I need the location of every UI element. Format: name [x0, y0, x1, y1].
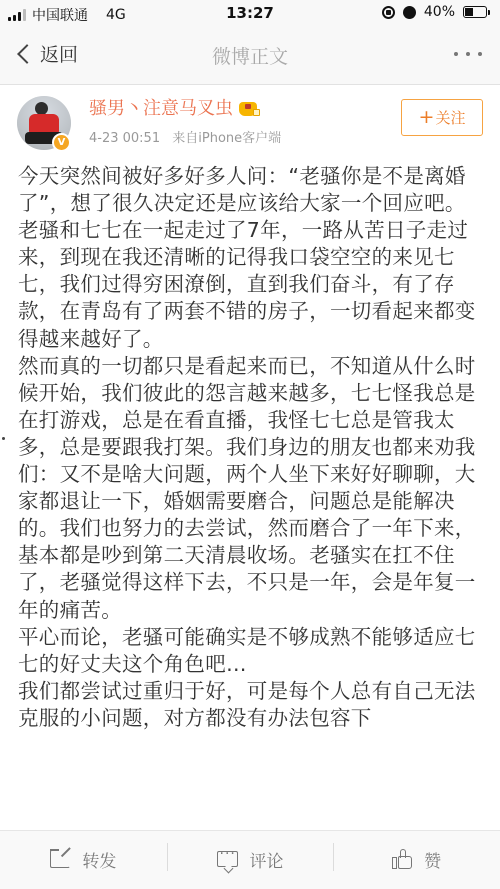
comment-icon — [217, 851, 238, 867]
follow-label: 关注 — [435, 107, 465, 128]
comment-label: 评论 — [250, 847, 284, 872]
like-icon — [392, 849, 412, 869]
avatar-figure-shirt — [29, 114, 59, 134]
author-name-text: 骚男丶注意马叉虫 — [89, 94, 233, 120]
crown-member-icon — [239, 98, 259, 116]
repost-icon — [50, 850, 70, 868]
author-name[interactable]: 骚男丶注意马叉虫 — [89, 94, 259, 120]
post-paragraph: 今天突然间被好多好多人问：“老骚你是不是离婚了”，想了很久决定还是应该给大家一个… — [18, 163, 484, 217]
status-bar: 中国联通 4G 13:27 40% — [0, 0, 500, 28]
post-meta: 4-23 00:51 来自iPhone客户端 — [89, 127, 281, 146]
plus-icon: + — [419, 108, 435, 127]
status-right: 40% — [382, 4, 490, 20]
more-dot — [478, 52, 482, 56]
verified-v-icon: V — [52, 133, 71, 152]
stray-dot — [2, 437, 5, 440]
repost-label: 转发 — [82, 847, 116, 872]
rotation-lock-icon — [382, 6, 395, 19]
post-paragraph: 平心而论，老骚可能确实是不够成熟不能够适应七七的好丈夫这个角色吧… — [18, 624, 484, 678]
alarm-icon — [403, 6, 416, 19]
post-paragraph: 我们都尝试过重归于好，可是每个人总有自己无法克服的小问题，对方都没有办法包容下 — [18, 678, 484, 732]
post-source: 来自iPhone客户端 — [172, 131, 281, 146]
like-button[interactable]: 赞 — [333, 841, 500, 877]
battery-percent: 40% — [424, 4, 455, 20]
comment-button[interactable]: 评论 — [167, 841, 334, 877]
page-title: 微博正文 — [0, 42, 500, 69]
post-paragraph: 老骚和七七在一起走过了7年，一路从苦日子走过来，到现在我还清晰的记得我口袋空空的… — [18, 217, 484, 352]
repost-button[interactable]: 转发 — [0, 841, 167, 877]
battery-icon — [463, 6, 490, 18]
more-dot — [466, 52, 470, 56]
like-label: 赞 — [424, 847, 441, 872]
post-content: 今天突然间被好多好多人问：“老骚你是不是离婚了”，想了很久决定还是应该给大家一个… — [18, 163, 484, 732]
more-button[interactable] — [454, 52, 482, 56]
nav-bar: 返回 微博正文 — [0, 28, 500, 85]
follow-button[interactable]: + 关注 — [401, 99, 483, 136]
post-date: 4-23 00:51 — [89, 131, 160, 146]
action-toolbar: 转发 评论 赞 — [0, 830, 500, 889]
post-paragraph: 然而真的一切都只是看起来而已，不知道从什么时候开始，我们彼此的怨言越来越多，七七… — [18, 353, 484, 624]
more-dots-icon — [454, 52, 458, 56]
